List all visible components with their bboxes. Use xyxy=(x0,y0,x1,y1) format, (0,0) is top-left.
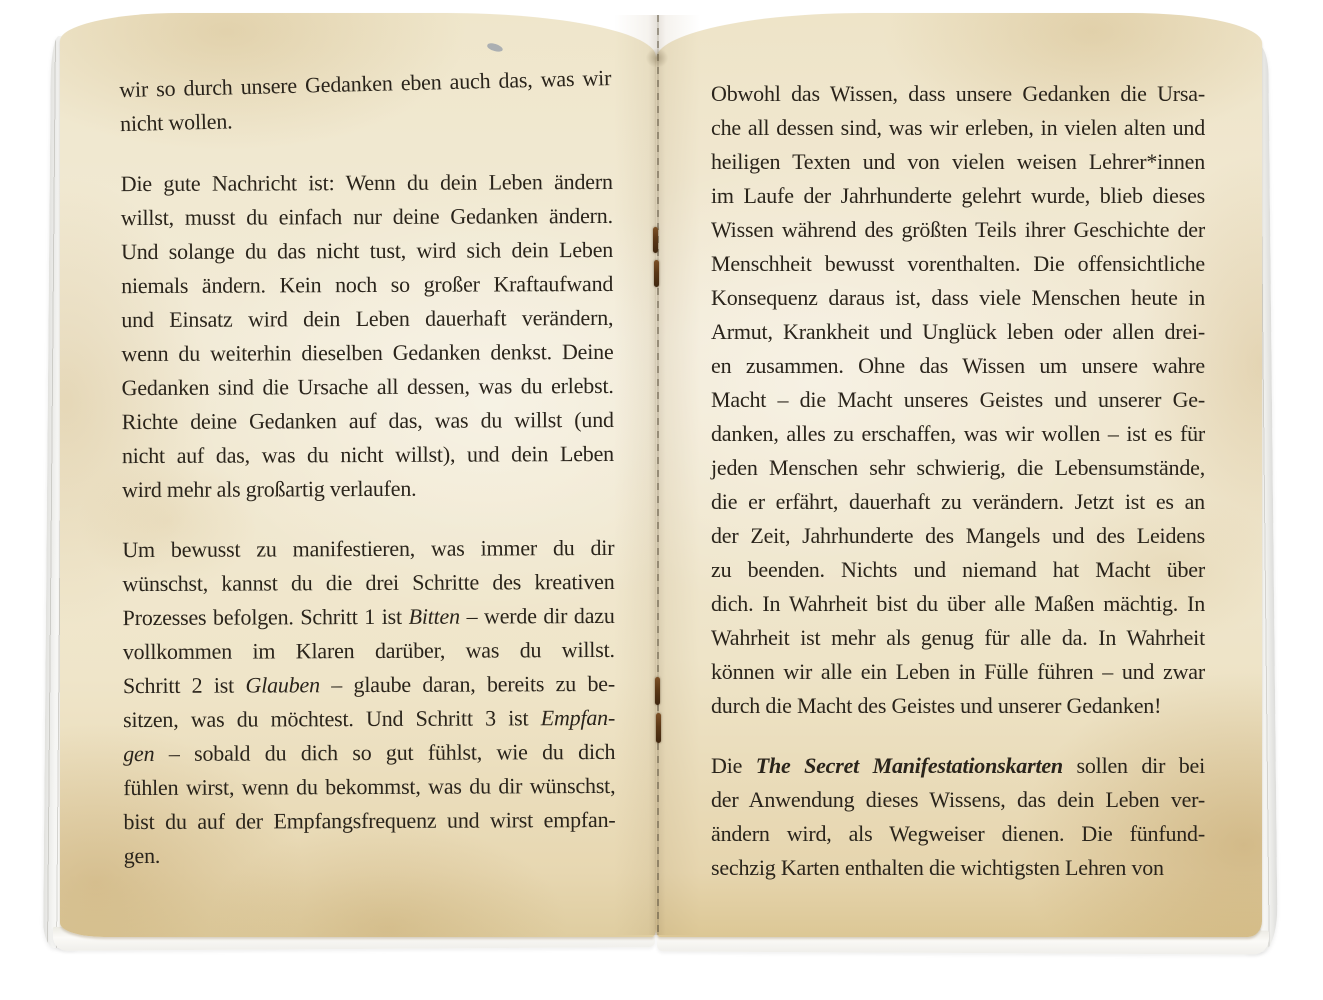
right-page-text: Obwohl das Wissen, dass unsere Gedanken … xyxy=(711,77,1205,885)
body-text: der Anwendung dieses Wissens, das dein L… xyxy=(711,787,1205,812)
text-line: heiligen Texten und von vielen weisen Le… xyxy=(711,145,1205,179)
text-line: Um bewusst zu manifestieren, was immer d… xyxy=(122,531,614,567)
body-text: wenn du weiterhin dieselben Gedanken den… xyxy=(121,339,613,366)
text-line: Gedanken sind die Ursache all dessen, wa… xyxy=(122,369,614,405)
body-text: dich. In Wahrheit bist du über alle Maße… xyxy=(711,591,1205,616)
paragraph: Die gute Nachricht ist: Wenn du dein Leb… xyxy=(121,165,614,507)
body-text: nicht wollen. xyxy=(120,108,233,136)
text-line: jeden Menschen sehr schwierig, die Leben… xyxy=(711,451,1205,485)
paragraph: Obwohl das Wissen, dass unsere Gedanken … xyxy=(711,77,1205,723)
body-text: Prozesses befolgen. Schritt 1 ist xyxy=(123,604,409,630)
body-text: Wissen während des größten Teils ihrer G… xyxy=(711,217,1205,242)
body-text: bist du auf der Empfangsfrequenz und wir… xyxy=(123,807,615,834)
body-text: der Zeit, Jahrhunderte des Mangels und d… xyxy=(711,523,1205,548)
text-line: willst, musst du einfach nur deine Gedan… xyxy=(121,199,613,235)
body-text: sitzen, was du möchtest. Und Schritt 3 i… xyxy=(123,705,541,732)
body-text: ändern wird, als Wegweiser dienen. Die f… xyxy=(711,821,1205,846)
body-text: heiligen Texten und von vielen weisen Le… xyxy=(711,149,1205,174)
text-line: wünschst, kannst du die drei Schritte de… xyxy=(122,565,614,601)
emphasized-text: gen xyxy=(123,741,154,766)
text-line: Menschheit bewusst vorenthalten. Die off… xyxy=(711,247,1205,281)
body-text: gen. xyxy=(124,843,161,868)
body-text: Die gute Nachricht ist: Wenn du dein Leb… xyxy=(121,169,613,196)
text-line: che all dessen sind, was wir erleben, in… xyxy=(711,111,1205,145)
emphasized-text: Empfan- xyxy=(541,705,615,730)
body-text: durch die Macht des Geistes und unserer … xyxy=(711,693,1161,718)
body-text: Konsequenz daraus ist, dass viele Mensch… xyxy=(711,285,1205,310)
text-line: Armut, Krankheit und Unglück leben oder … xyxy=(711,315,1205,349)
text-line: und Einsatz wird dein Leben dauerhaft ve… xyxy=(121,301,613,337)
body-text: wird mehr als großartig verlaufen. xyxy=(122,476,416,502)
text-line: Obwohl das Wissen, dass unsere Gedanken … xyxy=(711,77,1205,111)
body-text: zu beenden. Nichts und niemand hat Macht… xyxy=(711,557,1205,582)
text-line: dich. In Wahrheit bist du über alle Maße… xyxy=(711,587,1205,621)
body-text: – sobald du dich so gut fühlst, wie du d… xyxy=(154,739,615,766)
text-line: Richte deine Gedanken auf das, was du wi… xyxy=(122,403,614,439)
body-text: sollen dir bei xyxy=(1063,753,1205,778)
text-line: niemals ändern. Kein noch so großer Kraf… xyxy=(121,267,613,303)
text-line: Wahrheit ist mehr als genug für alle da.… xyxy=(711,621,1205,655)
emphasized-text: Glauben xyxy=(245,672,319,697)
text-line: wenn du weiterhin dieselben Gedanken den… xyxy=(121,335,613,371)
text-line: durch die Macht des Geistes und unserer … xyxy=(711,689,1205,723)
text-line: en zusammen. Ohne das Wissen um unsere w… xyxy=(711,349,1205,383)
text-line: Die gute Nachricht ist: Wenn du dein Leb… xyxy=(121,165,613,201)
body-text: – glaube daran, bereits zu be- xyxy=(320,671,615,697)
text-line: Prozesses befolgen. Schritt 1 ist Bitten… xyxy=(123,599,615,635)
text-line: gen. xyxy=(124,837,616,873)
body-text: Um bewusst zu manifestieren, was immer d… xyxy=(122,535,614,562)
body-text: und Einsatz wird dein Leben dauerhaft ve… xyxy=(121,305,613,332)
text-line: danken, alles zu erschaffen, was wir wol… xyxy=(711,417,1205,451)
body-text: sechzig Karten enthalten die wichtigsten… xyxy=(711,855,1164,880)
body-text: jeden Menschen sehr schwierig, die Leben… xyxy=(711,455,1205,480)
paragraph: Um bewusst zu manifestieren, was immer d… xyxy=(122,531,615,873)
body-text: Wahrheit ist mehr als genug für alle da.… xyxy=(711,625,1205,650)
body-text: Gedanken sind die Ursache all dessen, wa… xyxy=(122,373,614,400)
book-spread-photo: wir so durch unsere Gedanken eben auch d… xyxy=(0,0,1323,1000)
body-text: wir so durch unsere Gedanken eben auch d… xyxy=(119,65,611,102)
emphasized-text: Bitten xyxy=(408,604,459,629)
body-text: nicht auf das, was du nicht willst), und… xyxy=(122,441,614,468)
text-line: im Laufe der Jahrhunderte gelehrt wurde,… xyxy=(711,179,1205,213)
text-line: Macht – die Macht unseres Geistes und un… xyxy=(711,383,1205,417)
text-line: Schritt 2 ist Glauben – glaube daran, be… xyxy=(123,667,615,703)
text-line: Und solange du das nicht tust, wird sich… xyxy=(121,233,613,269)
text-line: nicht auf das, was du nicht willst), und… xyxy=(122,437,614,473)
body-text: fühlen wirst, wenn du bekommst, was du d… xyxy=(123,773,615,800)
paragraph: wir so durch unsere Gedanken eben auch d… xyxy=(119,61,613,141)
left-page-text: wir so durch unsere Gedanken eben auch d… xyxy=(120,71,615,873)
body-text: che all dessen sind, was wir erleben, in… xyxy=(711,115,1205,140)
body-text: Richte deine Gedanken auf das, was du wi… xyxy=(122,407,614,434)
text-line: der Anwendung dieses Wissens, das dein L… xyxy=(711,783,1205,817)
body-text: Schritt 2 ist xyxy=(123,673,246,699)
body-text: – werde dir dazu xyxy=(460,603,615,629)
body-text: Und solange du das nicht tust, wird sich… xyxy=(121,237,613,264)
body-text: können wir alle ein Leben in Fülle führe… xyxy=(711,659,1205,684)
body-text: Macht – die Macht unseres Geistes und un… xyxy=(711,387,1205,412)
emphasized-text: The Secret Manifestationskarten xyxy=(756,753,1063,778)
text-line: vollkommen im Klaren darüber, was du wil… xyxy=(123,633,615,669)
body-text: im Laufe der Jahrhunderte gelehrt wurde,… xyxy=(711,183,1205,208)
text-line: sechzig Karten enthalten die wichtigsten… xyxy=(711,851,1205,885)
text-line: wird mehr als großartig verlaufen. xyxy=(122,471,614,507)
text-line: bist du auf der Empfangsfrequenz und wir… xyxy=(123,803,615,839)
text-line: ändern wird, als Wegweiser dienen. Die f… xyxy=(711,817,1205,851)
body-text: Die xyxy=(711,753,756,778)
text-line: gen – sobald du dich so gut fühlst, wie … xyxy=(123,735,615,771)
text-line: der Zeit, Jahrhunderte des Mangels und d… xyxy=(711,519,1205,553)
text-line: können wir alle ein Leben in Fülle führe… xyxy=(711,655,1205,689)
body-text: die er erfährt, dauerhaft zu verändern. … xyxy=(711,489,1205,514)
text-line: fühlen wirst, wenn du bekommst, was du d… xyxy=(123,769,615,805)
body-text: vollkommen im Klaren darüber, was du wil… xyxy=(123,637,615,664)
text-line: die er erfährt, dauerhaft zu verändern. … xyxy=(711,485,1205,519)
text-line: zu beenden. Nichts und niemand hat Macht… xyxy=(711,553,1205,587)
body-text: Armut, Krankheit und Unglück leben oder … xyxy=(711,319,1205,344)
text-line: sitzen, was du möchtest. Und Schritt 3 i… xyxy=(123,701,615,737)
body-text: willst, musst du einfach nur deine Gedan… xyxy=(121,203,613,230)
body-text: niemals ändern. Kein noch so großer Kraf… xyxy=(121,271,613,298)
body-text: wünschst, kannst du die drei Schritte de… xyxy=(122,569,614,596)
body-text: Menschheit bewusst vorenthalten. Die off… xyxy=(711,251,1205,276)
body-text: en zusammen. Ohne das Wissen um unsere w… xyxy=(711,353,1205,378)
paragraph: Die The Secret Manifestationskarten soll… xyxy=(711,749,1205,885)
body-text: Obwohl das Wissen, dass unsere Gedanken … xyxy=(711,81,1205,106)
text-line: Die The Secret Manifestationskarten soll… xyxy=(711,749,1205,783)
text-line: Wissen während des größten Teils ihrer G… xyxy=(711,213,1205,247)
text-line: Konsequenz daraus ist, dass viele Mensch… xyxy=(711,281,1205,315)
body-text: danken, alles zu erschaffen, was wir wol… xyxy=(711,421,1205,446)
